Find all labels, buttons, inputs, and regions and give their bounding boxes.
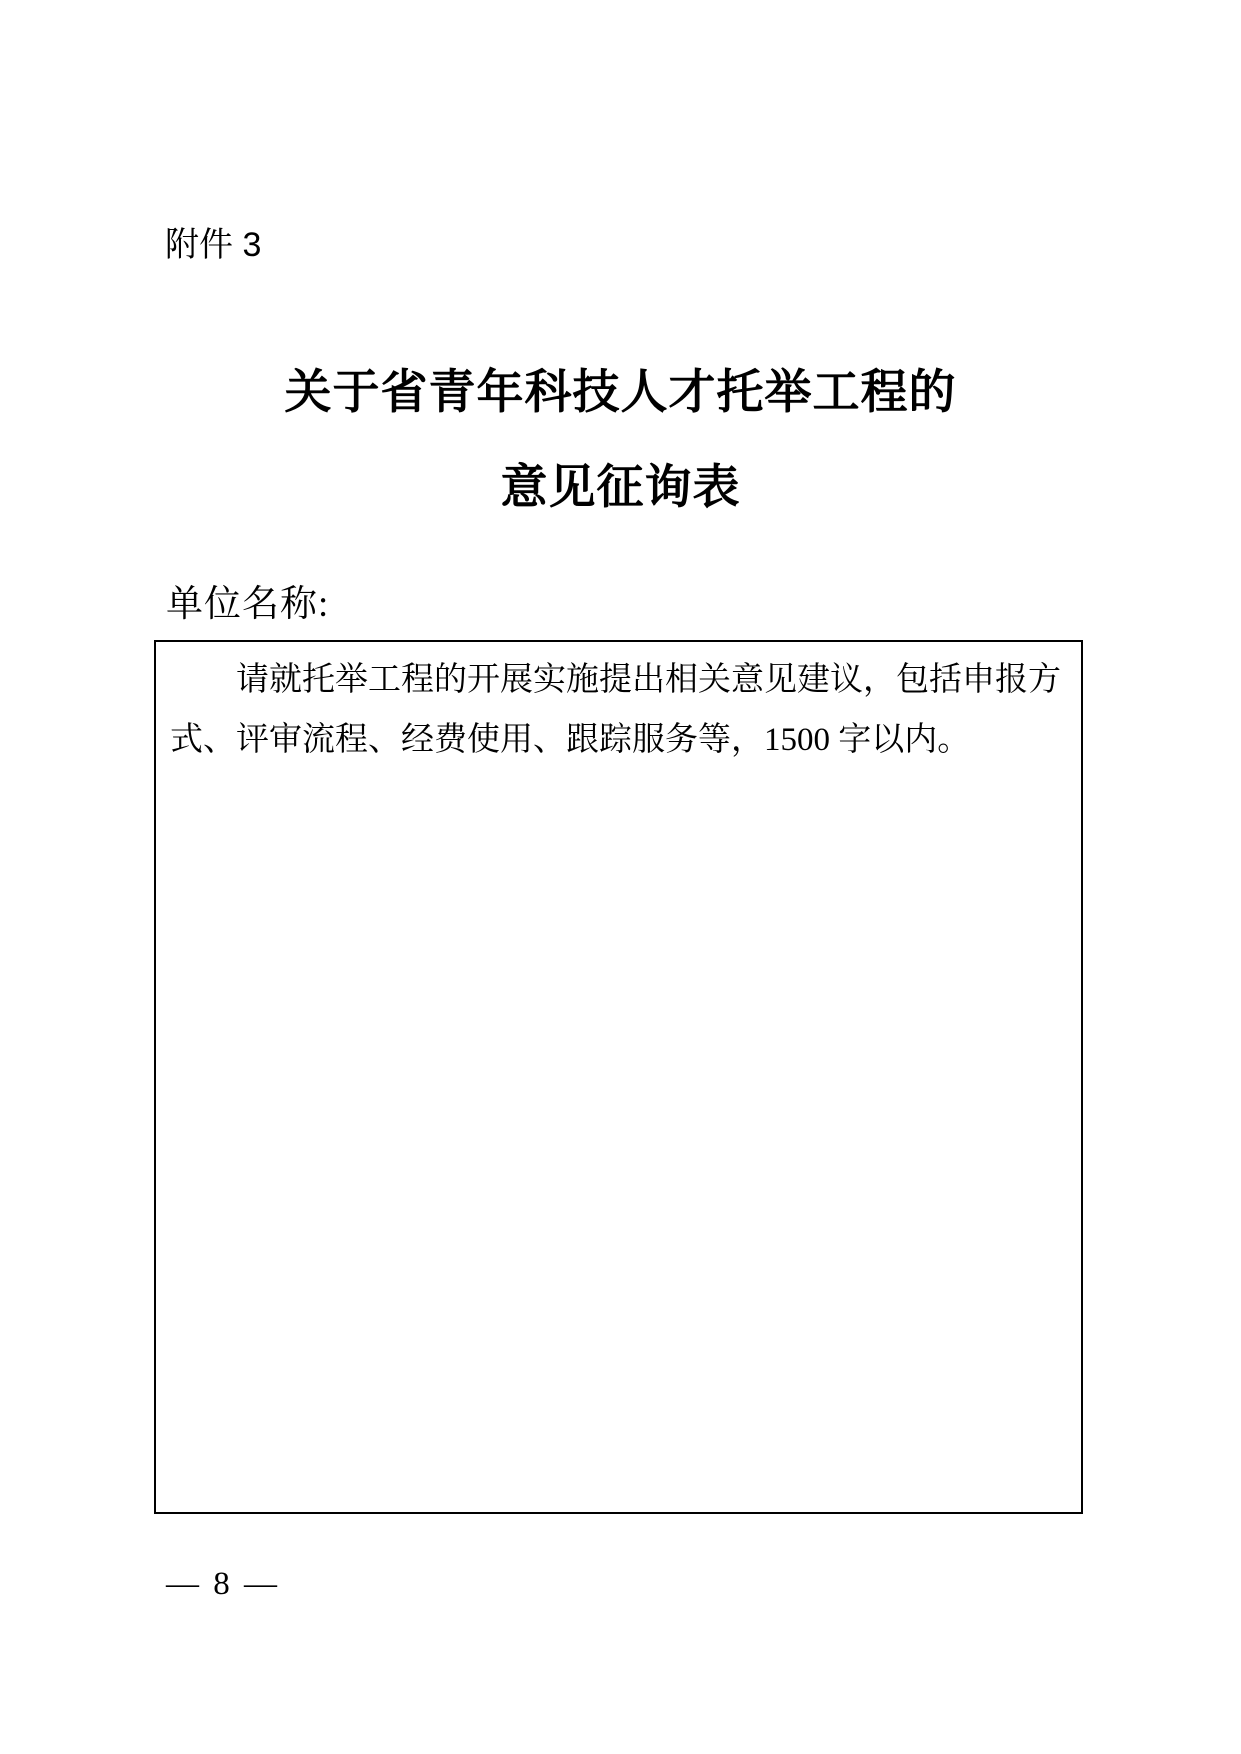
document-page: 附件 3 关于省青年科技人才托举工程的 意见征询表 单位名称: 请就托举工程的开… [0, 0, 1241, 1754]
page-number: — 8 — [166, 1568, 280, 1601]
comment-paragraph-line-2: 式、评审流程、经费使用、跟踪服务等，1500 字以内。 [170, 710, 1071, 770]
document-title-line-1: 关于省青年科技人才托举工程的 [0, 370, 1241, 417]
attachment-label: 附件 3 [165, 228, 261, 262]
comment-paragraph-line-1: 请就托举工程的开展实施提出相关意见建议，包括申报方 [170, 650, 1071, 710]
comment-box: 请就托举工程的开展实施提出相关意见建议，包括申报方 式、评审流程、经费使用、跟踪… [154, 640, 1083, 1514]
unit-name-label: 单位名称: [166, 586, 329, 623]
document-title-line-2: 意见征询表 [0, 465, 1241, 512]
